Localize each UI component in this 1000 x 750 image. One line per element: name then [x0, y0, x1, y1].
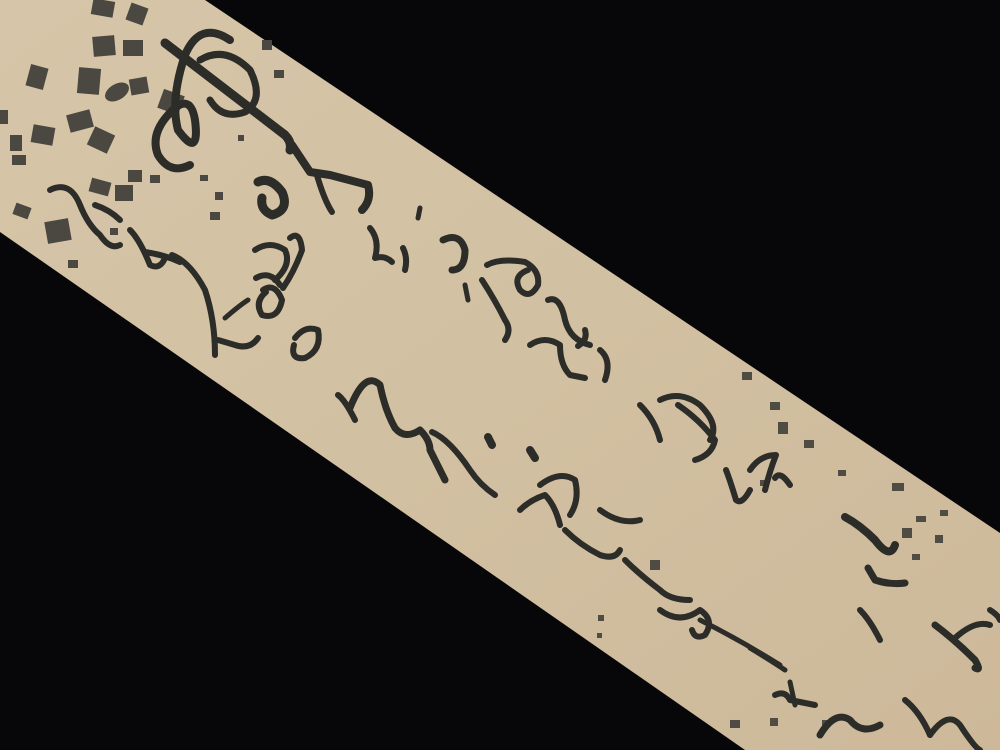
- calligraphy-photo: [0, 0, 1000, 750]
